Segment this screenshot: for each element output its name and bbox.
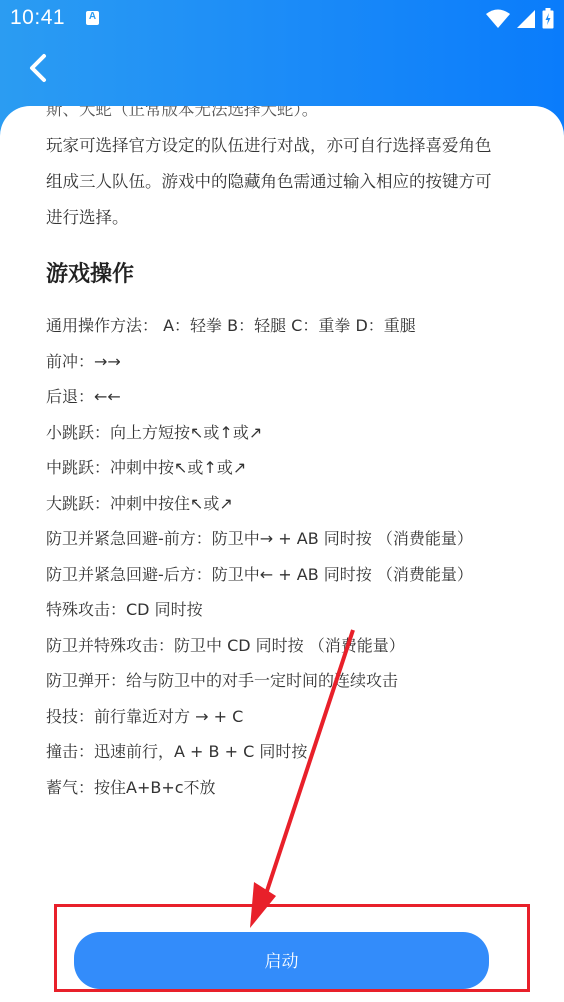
operation-line: 中跳跃：冲刺中按↖或↑或↗ [46,450,534,486]
operation-line: 前冲：→→ [46,344,534,380]
intro-line: 进行选择。 [46,200,534,236]
intro-line: 组成三人队伍。游戏中的隐藏角色需通过输入相应的按键方可 [46,164,534,200]
battery-charging-icon [542,8,554,29]
launch-button[interactable]: 启动 [74,932,489,989]
section-title-game-controls: 游戏操作 [46,260,534,290]
app-bar [0,38,564,100]
operation-line: 防卫弹开：给与防卫中的对手一定时间的连续攻击 [46,663,534,699]
intro-line: 玩家可选择官方设定的队伍进行对战，亦可自行选择喜爱角色 [46,128,534,164]
content-card: 斯、大蛇（正常版本无法选择大蛇）。 玩家可选择官方设定的队伍进行对战，亦可自行选… [0,106,564,1002]
operation-line: 通用操作方法： A：轻拳 B：轻腿 C：重拳 D：重腿 [46,308,534,344]
game-description: 斯、大蛇（正常版本无法选择大蛇）。 玩家可选择官方设定的队伍进行对战，亦可自行选… [46,106,534,805]
operation-line: 防卫并紧急回避-后方：防卫中← + AB 同时按 （消费能量） [46,557,534,593]
status-icons [486,8,554,29]
wifi-icon [486,9,510,29]
operation-line: 后退：←← [46,379,534,415]
chevron-left-icon [27,53,49,83]
status-bar: 10:41 A [0,0,564,38]
operation-line: 蓄气：按住A+B+c不放 [46,770,534,806]
operation-line: 防卫并紧急回避-前方：防卫中→ + AB 同时按 （消费能量） [46,521,534,557]
status-time: 10:41 [10,6,65,30]
operation-line: 投技：前行靠近对方 → + C [46,699,534,735]
back-button[interactable] [18,48,58,88]
operation-line: 特殊攻击：CD 同时按 [46,592,534,628]
notification-a-icon: A [86,11,99,25]
cellular-signal-icon [517,9,535,28]
operation-line: 小跳跃：向上方短按↖或↑或↗ [46,415,534,451]
intro-cut-line: 斯、大蛇（正常版本无法选择大蛇）。 [46,106,534,128]
operation-line: 防卫并特殊攻击：防卫中 CD 同时按 （消费能量） [46,628,534,664]
operation-line: 大跳跃：冲刺中按住↖或↗ [46,486,534,522]
operation-line: 撞击：迅速前行，A + B + C 同时按 [46,734,534,770]
